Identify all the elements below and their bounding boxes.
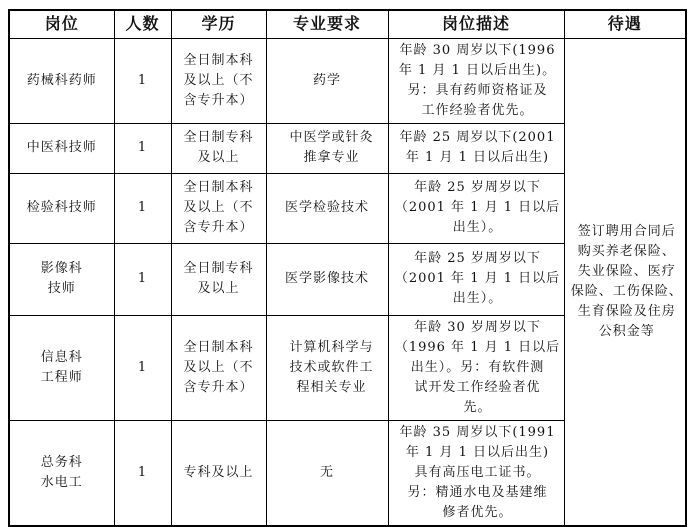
benefits-cell: 签订聘用合同后 购买养老保险、 失业保险、医疗 保险、工伤保险、 生育保险及住房… [564,38,686,526]
education-cell: 全日制本科 及以上（不 含专升本） [171,173,266,243]
job-positions-table: 岗位 人数 学历 专业要求 岗位描述 待遇 药械科药师 1 全日制本科 及以上（… [8,9,687,527]
document-page: 岗位 人数 学历 专业要求 岗位描述 待遇 药械科药师 1 全日制本科 及以上（… [0,0,693,522]
position-cell: 影像科 技师 [9,243,114,315]
position-cell: 药械科药师 [9,38,114,123]
description-cell: 年龄 25 岁周岁以下 （2001 年 1 月 1 日以后 出生）。 [388,173,564,243]
header-benefits: 待遇 [564,10,686,38]
header-education: 学历 [171,10,266,38]
position-cell: 中医科技师 [9,123,114,173]
description-cell: 年龄 35 周岁以下(1991 年 1 月 1 日以后出生) 具有高压电工证书。… [388,420,564,526]
header-major: 专业要求 [266,10,388,38]
position-cell: 检验科技师 [9,173,114,243]
header-description: 岗位描述 [388,10,564,38]
header-row: 岗位 人数 学历 专业要求 岗位描述 待遇 [9,10,686,38]
count-cell: 1 [114,123,171,173]
major-cell: 中医学或针灸 推拿专业 [266,123,388,173]
count-cell: 1 [114,420,171,526]
position-cell: 信息科 工程师 [9,315,114,420]
education-cell: 全日制专科 及以上 [171,123,266,173]
header-position: 岗位 [9,10,114,38]
count-cell: 1 [114,315,171,420]
education-cell: 全日制专科 及以上 [171,243,266,315]
count-cell: 1 [114,243,171,315]
description-cell: 年龄 30 周岁以下(1996 年 1 月 1 日以后出生)。 另：具有药师资格… [388,38,564,123]
table-row: 药械科药师 1 全日制本科 及以上（不 含专升本） 药学 年龄 30 周岁以下(… [9,38,686,123]
major-cell: 药学 [266,38,388,123]
education-cell: 全日制本科 及以上（不 含专升本） [171,315,266,420]
count-cell: 1 [114,38,171,123]
major-cell: 医学影像技术 [266,243,388,315]
description-cell: 年龄 25 周岁以下(2001 年 1 月 1 日以后出生) [388,123,564,173]
education-cell: 专科及以上 [171,420,266,526]
count-cell: 1 [114,173,171,243]
position-cell: 总务科 水电工 [9,420,114,526]
description-cell: 年龄 25 岁周岁以下 （2001 年 1 月 1 日以后 出生）。 [388,243,564,315]
major-cell: 医学检验技术 [266,173,388,243]
major-cell: 计算机科学与 技术或软件工 程相关专业 [266,315,388,420]
header-count: 人数 [114,10,171,38]
major-cell: 无 [266,420,388,526]
education-cell: 全日制本科 及以上（不 含专升本） [171,38,266,123]
description-cell: 年龄 30 岁周岁以下 （1996 年 1 月 1 日以后 出生）。另：有软件测… [388,315,564,420]
